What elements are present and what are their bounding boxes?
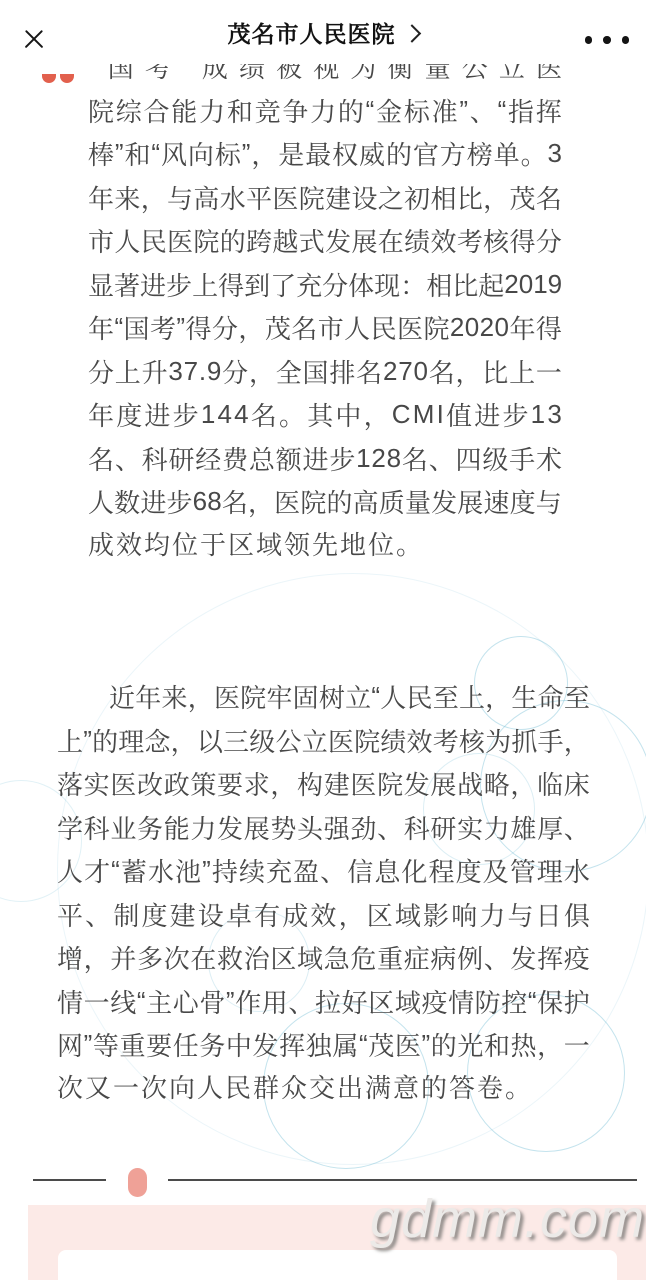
more-menu-icon[interactable] bbox=[585, 36, 630, 44]
text-line: 平、制度建设卓有成效，区域影响力与日俱 bbox=[57, 893, 590, 937]
header: 茂名市人民医院 bbox=[0, 0, 646, 64]
watermark-text: gdmm.com bbox=[370, 1188, 645, 1250]
quote-paragraph: “国考”成绩被视为衡量公立医院综合能力和竞争力的“金标准”、“指挥棒”和“风向标… bbox=[88, 45, 562, 567]
text-line: 院综合能力和竞争力的“金标准”、“指挥 bbox=[88, 89, 562, 133]
footer-inner-card bbox=[58, 1250, 617, 1280]
text-line: 年来，与高水平医院建设之初相比，茂名 bbox=[88, 176, 562, 220]
text-line: 情一线“主心骨”作用、拉好区域疫情防控“保护 bbox=[57, 980, 590, 1024]
text-line: 棒”和“风向标”，是最权威的官方榜单。3 bbox=[88, 132, 562, 176]
text-line: 近年来，医院牢固树立“人民至上，生命至 bbox=[57, 675, 590, 719]
account-title-link[interactable]: 茂名市人民医院 bbox=[228, 0, 419, 64]
text-line: 学科业务能力发展势头强劲、科研实力雄厚、 bbox=[57, 806, 590, 850]
close-icon[interactable] bbox=[22, 27, 46, 51]
text-line: 成效均位于区域领先地位。 bbox=[88, 524, 562, 568]
text-line: 年“国考”得分，茂名市人民医院2020年得 bbox=[88, 306, 562, 350]
text-line: 人才“蓄水池”持续充盈、信息化程度及管理水 bbox=[57, 849, 590, 893]
text-line: 分上升37.9分，全国排名270名，比上一 bbox=[88, 350, 562, 394]
text-line: 显著进步上得到了充分体现：相比起2019 bbox=[88, 263, 562, 307]
text-line: 网”等重要任务中发挥独属“茂医”的光和热，一 bbox=[57, 1023, 590, 1067]
text-line: 人数进步68名，医院的高质量发展速度与 bbox=[88, 480, 562, 524]
body-paragraph: 近年来，医院牢固树立“人民至上，生命至上”的理念，以三级公立医院绩效考核为抓手，… bbox=[57, 675, 590, 1110]
divider-line-left bbox=[33, 1179, 106, 1181]
quote-icon bbox=[42, 74, 74, 84]
text-line: 上”的理念，以三级公立医院绩效考核为抓手， bbox=[57, 719, 590, 763]
text-line: 名、科研经费总额进步128名、四级手术 bbox=[88, 437, 562, 481]
divider-line-right bbox=[168, 1179, 637, 1181]
text-line: 年度进步144名。其中，CMI值进步13 bbox=[88, 393, 562, 437]
text-line: 次又一次向人民群众交出满意的答卷。 bbox=[57, 1067, 590, 1111]
page-title: 茂名市人民医院 bbox=[228, 16, 396, 49]
text-line: 落实医改政策要求，构建医院发展战略，临床 bbox=[57, 762, 590, 806]
text-line: 增，并多次在救治区域急危重症病例、发挥疫 bbox=[57, 936, 590, 980]
divider-pill-icon bbox=[128, 1168, 147, 1197]
text-line: 市人民医院的跨越式发展在绩效考核得分 bbox=[88, 219, 562, 263]
chevron-right-icon bbox=[403, 24, 421, 42]
